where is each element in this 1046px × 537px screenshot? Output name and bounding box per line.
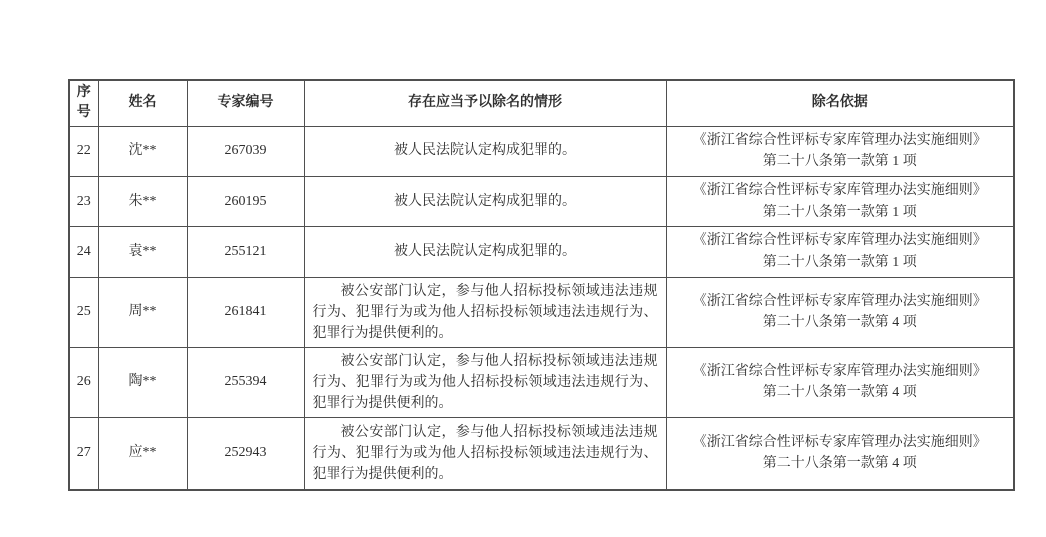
basis-line-2: 第二十八条第一款第 4 项 [673, 312, 1008, 334]
cell-serial: 23 [69, 176, 98, 226]
cell-situation: 被公安部门认定，参与他人招标投标领域违法违规行为、犯罪行为或为他人招标投标领域违… [304, 347, 666, 417]
cell-situation: 被公安部门认定，参与他人招标投标领域违法违规行为、犯罪行为或为他人招标投标领域违… [304, 417, 666, 490]
basis-line-2: 第二十八条第一款第 1 项 [673, 151, 1008, 173]
cell-basis: 《浙江省综合性评标专家库管理办法实施细则》 第二十八条第一款第 4 项 [666, 417, 1014, 490]
cell-serial: 25 [69, 277, 98, 347]
header-serial: 序号 [69, 80, 98, 126]
basis-line-1: 《浙江省综合性评标专家库管理办法实施细则》 [673, 180, 1008, 202]
header-name: 姓名 [98, 80, 187, 126]
table-row: 25 周** 261841 被公安部门认定，参与他人招标投标领域违法违规行为、犯… [69, 277, 1014, 347]
cell-expert-id: 255394 [187, 347, 304, 417]
cell-expert-id: 255121 [187, 227, 304, 277]
cell-serial: 22 [69, 126, 98, 176]
basis-line-2: 第二十八条第一款第 1 项 [673, 202, 1008, 224]
table-header-row: 序号 姓名 专家编号 存在应当予以除名的情形 除名依据 [69, 80, 1014, 126]
cell-serial: 24 [69, 227, 98, 277]
basis-line-2: 第二十八条第一款第 4 项 [673, 382, 1008, 404]
situation-paragraph: 被公安部门认定，参与他人招标投标领域违法违规行为、犯罪行为或为他人招标投标领域违… [313, 422, 658, 485]
cell-basis: 《浙江省综合性评标专家库管理办法实施细则》 第二十八条第一款第 1 项 [666, 176, 1014, 226]
cell-situation: 被人民法院认定构成犯罪的。 [304, 227, 666, 277]
cell-name: 陶** [98, 347, 187, 417]
basis-line-2: 第二十八条第一款第 1 项 [673, 252, 1008, 274]
header-situation: 存在应当予以除名的情形 [304, 80, 666, 126]
basis-line-1: 《浙江省综合性评标专家库管理办法实施细则》 [673, 432, 1008, 454]
expert-removal-table: 序号 姓名 专家编号 存在应当予以除名的情形 除名依据 22 沈** 26703… [68, 79, 1015, 491]
basis-line-1: 《浙江省综合性评标专家库管理办法实施细则》 [673, 130, 1008, 152]
basis-line-1: 《浙江省综合性评标专家库管理办法实施细则》 [673, 230, 1008, 252]
cell-situation: 被人民法院认定构成犯罪的。 [304, 126, 666, 176]
cell-name: 周** [98, 277, 187, 347]
table-row: 27 应** 252943 被公安部门认定，参与他人招标投标领域违法违规行为、犯… [69, 417, 1014, 490]
document-page: 序号 姓名 专家编号 存在应当予以除名的情形 除名依据 22 沈** 26703… [0, 0, 1046, 537]
cell-name: 袁** [98, 227, 187, 277]
cell-expert-id: 267039 [187, 126, 304, 176]
cell-name: 朱** [98, 176, 187, 226]
cell-basis: 《浙江省综合性评标专家库管理办法实施细则》 第二十八条第一款第 1 项 [666, 126, 1014, 176]
cell-situation: 被公安部门认定，参与他人招标投标领域违法违规行为、犯罪行为或为他人招标投标领域违… [304, 277, 666, 347]
header-basis: 除名依据 [666, 80, 1014, 126]
header-expert-id: 专家编号 [187, 80, 304, 126]
basis-line-2: 第二十八条第一款第 4 项 [673, 453, 1008, 475]
cell-expert-id: 260195 [187, 176, 304, 226]
basis-line-1: 《浙江省综合性评标专家库管理办法实施细则》 [673, 361, 1008, 383]
table-row: 24 袁** 255121 被人民法院认定构成犯罪的。 《浙江省综合性评标专家库… [69, 227, 1014, 277]
situation-paragraph: 被公安部门认定，参与他人招标投标领域违法违规行为、犯罪行为或为他人招标投标领域违… [313, 281, 658, 344]
table-row: 23 朱** 260195 被人民法院认定构成犯罪的。 《浙江省综合性评标专家库… [69, 176, 1014, 226]
cell-basis: 《浙江省综合性评标专家库管理办法实施细则》 第二十八条第一款第 4 项 [666, 347, 1014, 417]
cell-serial: 27 [69, 417, 98, 490]
cell-basis: 《浙江省综合性评标专家库管理办法实施细则》 第二十八条第一款第 4 项 [666, 277, 1014, 347]
cell-name: 应** [98, 417, 187, 490]
cell-expert-id: 252943 [187, 417, 304, 490]
cell-expert-id: 261841 [187, 277, 304, 347]
cell-name: 沈** [98, 126, 187, 176]
table-row: 22 沈** 267039 被人民法院认定构成犯罪的。 《浙江省综合性评标专家库… [69, 126, 1014, 176]
basis-line-1: 《浙江省综合性评标专家库管理办法实施细则》 [673, 291, 1008, 313]
cell-basis: 《浙江省综合性评标专家库管理办法实施细则》 第二十八条第一款第 1 项 [666, 227, 1014, 277]
table-row: 26 陶** 255394 被公安部门认定，参与他人招标投标领域违法违规行为、犯… [69, 347, 1014, 417]
cell-situation: 被人民法院认定构成犯罪的。 [304, 176, 666, 226]
cell-serial: 26 [69, 347, 98, 417]
situation-paragraph: 被公安部门认定，参与他人招标投标领域违法违规行为、犯罪行为或为他人招标投标领域违… [313, 351, 658, 414]
